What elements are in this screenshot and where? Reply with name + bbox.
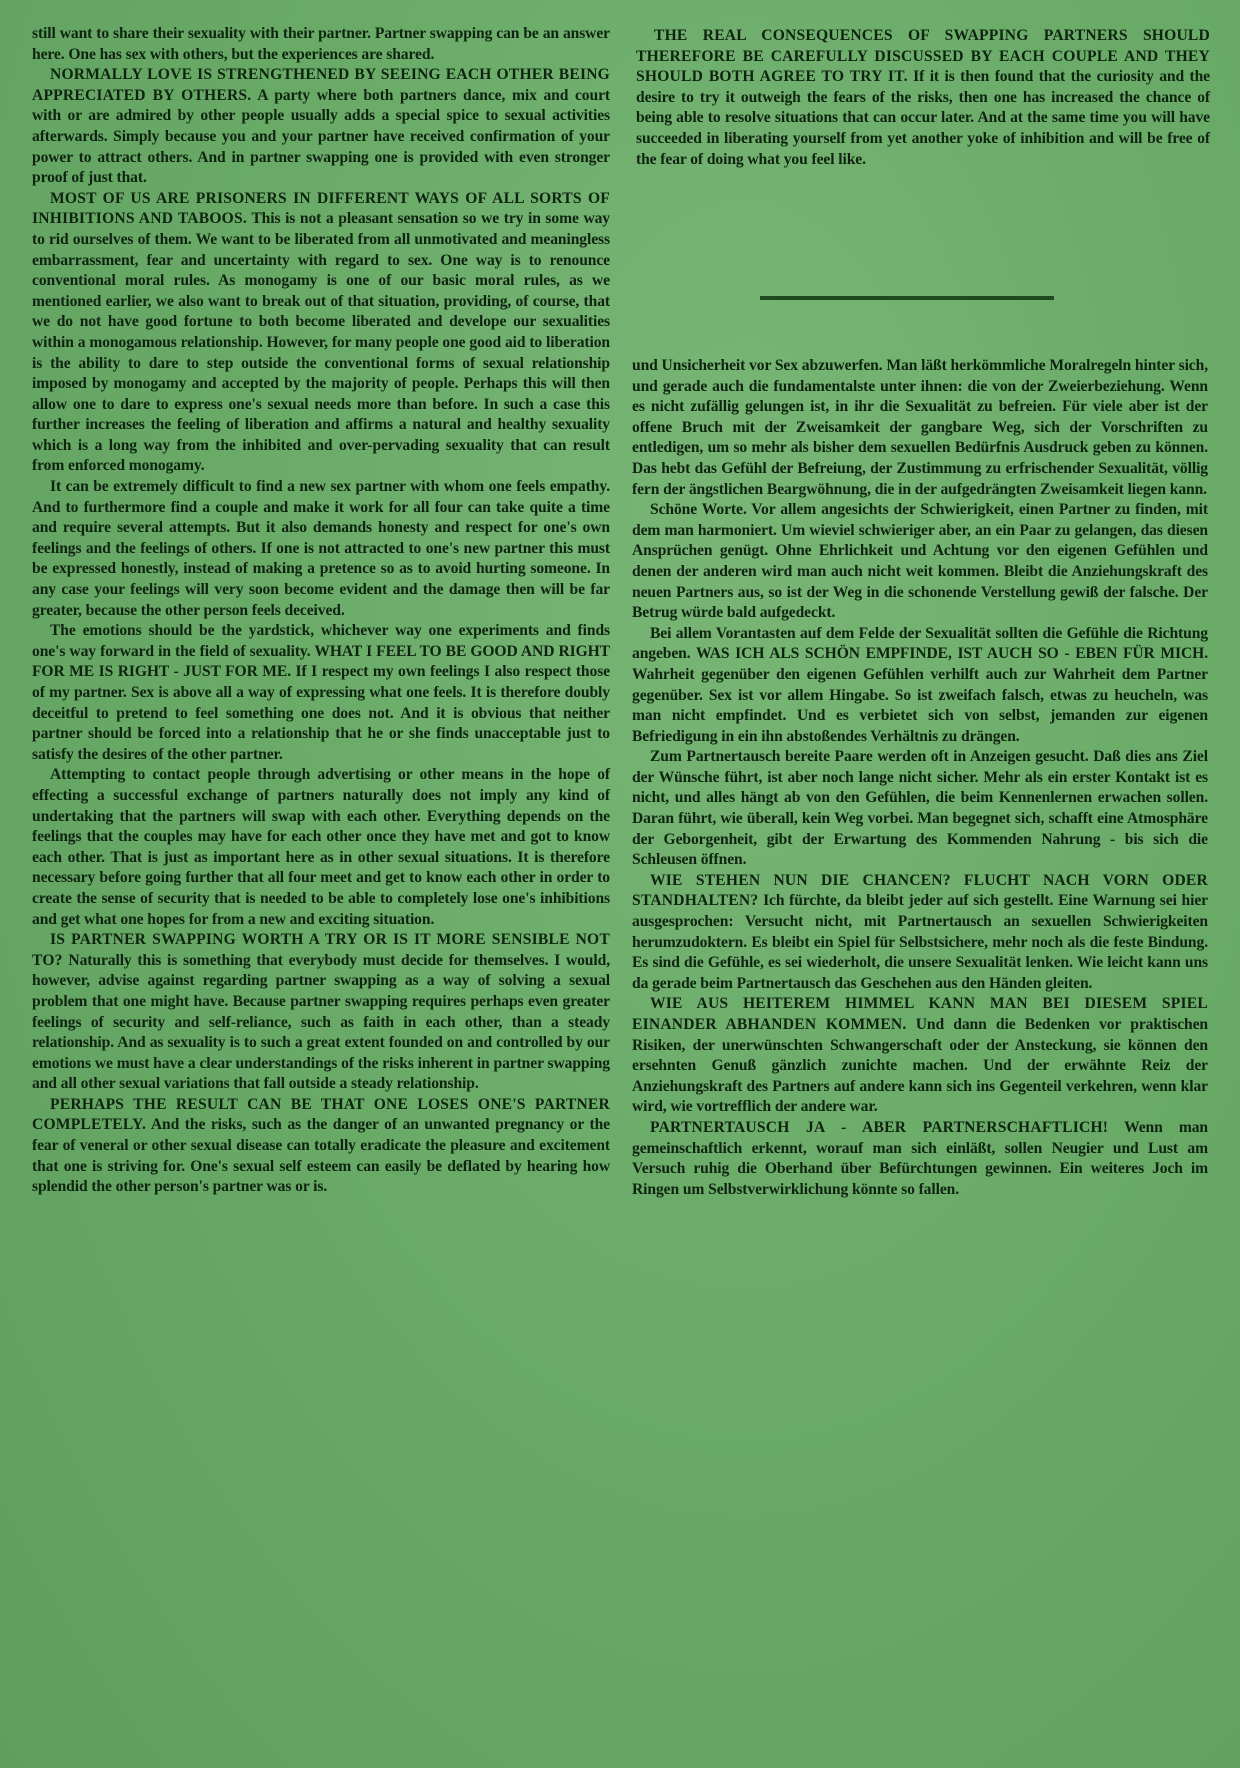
paragraph-lead: PARTNERTAUSCH JA - ABER PARTNERSCHAFTLIC… (650, 1119, 1108, 1136)
paragraph: PARTNERTAUSCH JA - ABER PARTNERSCHAFTLIC… (632, 1118, 1208, 1200)
paragraph-text: Naturally this is something that everybo… (32, 952, 610, 1093)
paragraph: PERHAPS THE RESULT CAN BE THAT ONE LOSES… (32, 1095, 610, 1198)
paragraph-text: Zum Partnertausch bereite Paare werden o… (632, 748, 1208, 868)
document-page: still want to share their sexuality with… (0, 0, 1240, 1768)
paragraph: still want to share their sexuality with… (32, 24, 610, 65)
paragraph: Zum Partnertausch bereite Paare werden o… (632, 747, 1208, 871)
paragraph: Bei allem Vorantasten auf dem Felde der … (632, 624, 1208, 748)
paragraph: WIE STEHEN NUN DIE CHANCEN? FLUCHT NACH … (632, 871, 1208, 995)
paragraph: THE REAL CONSEQUENCES OF SWAPPING PARTNE… (636, 26, 1210, 170)
paragraph: MOST OF US ARE PRISONERS IN DIFFERENT WA… (32, 189, 610, 477)
paragraph-text: still want to share their sexuality with… (32, 25, 610, 63)
paragraph-text: Bei allem Vorantasten auf dem Felde der … (632, 625, 1208, 745)
paragraph: Attempting to contact people through adv… (32, 765, 610, 930)
left-column-english: still want to share their sexuality with… (32, 24, 610, 1198)
paragraph-text: Attempting to contact people through adv… (32, 766, 610, 927)
paragraph: Schöne Worte. Vor allem angesichts der S… (632, 500, 1208, 624)
paragraph: WIE AUS HEITEREM HIMMEL KANN MAN BEI DIE… (632, 994, 1208, 1118)
section-divider-rule (760, 296, 1054, 300)
paragraph-text: und Unsicherheit vor Sex abzuwerfen. Man… (632, 357, 1208, 498)
right-column-german: und Unsicherheit vor Sex abzuwerfen. Man… (632, 356, 1208, 1200)
paragraph: und Unsicherheit vor Sex abzuwerfen. Man… (632, 356, 1208, 500)
paragraph-text: This is not a pleasant sensation so we t… (32, 210, 610, 474)
paragraph: NORMALLY LOVE IS STRENGTHENED BY SEEING … (32, 65, 610, 189)
paragraph-text: It can be extremely difficult to find a … (32, 478, 610, 619)
right-column-english: THE REAL CONSEQUENCES OF SWAPPING PARTNE… (636, 26, 1210, 170)
paragraph-text: Schöne Worte. Vor allem angesichts der S… (632, 501, 1208, 621)
paragraph: IS PARTNER SWAPPING WORTH A TRY OR IS IT… (32, 930, 610, 1095)
paragraph: The emotions should be the yardstick, wh… (32, 621, 610, 765)
paragraph-text: The emotions should be the yardstick, wh… (32, 622, 610, 763)
paragraph: It can be extremely difficult to find a … (32, 477, 610, 621)
